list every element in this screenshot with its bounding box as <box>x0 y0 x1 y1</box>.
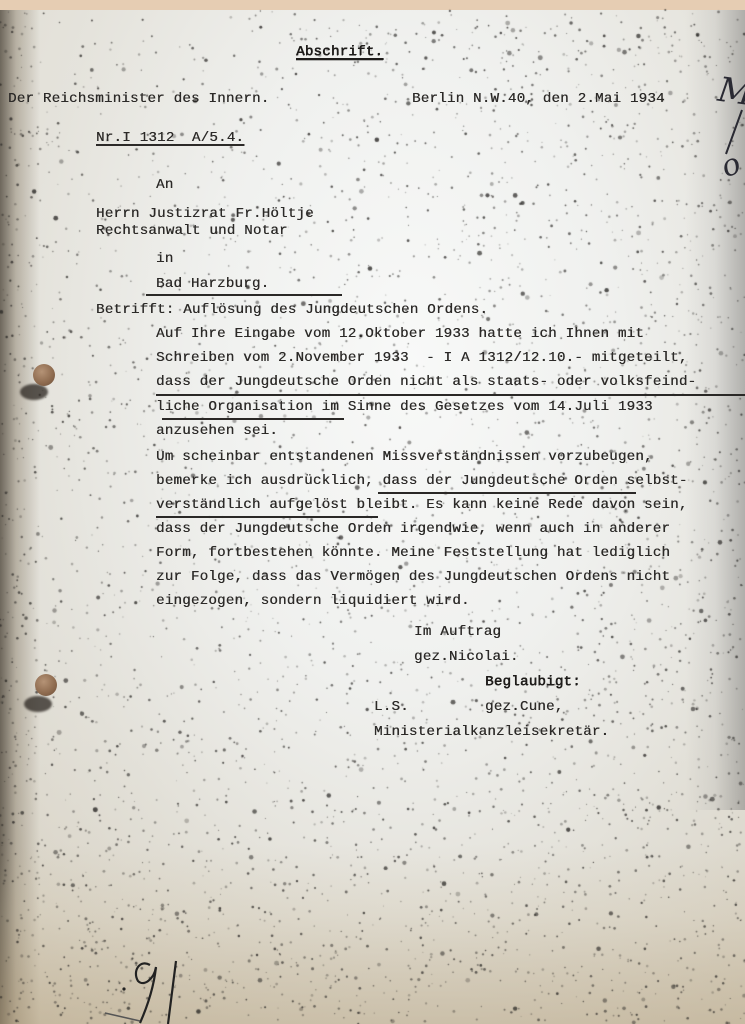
subject-line: Betrifft: Auflösung des Jungdeutschen Or… <box>96 302 488 318</box>
city-underline <box>146 294 342 296</box>
reference-number: Nr.I 1312 A/5.4. <box>96 130 244 146</box>
body-line: Form, fortbestehen könnte. Meine Festste… <box>156 545 670 561</box>
punch-hole-shadow <box>24 696 52 712</box>
body-underline <box>156 516 378 518</box>
recipient-name: Herrn Justizrat Fr.Höltje <box>96 206 314 222</box>
recipient-in: in <box>156 251 173 267</box>
closing-seal: L.S. <box>374 699 409 715</box>
closing-certifier-title: Ministerialkanzleisekretär. <box>374 724 609 740</box>
body-line: dass der Jungdeutsche Orden irgendwie, w… <box>156 521 670 537</box>
body-line: Auf Ihre Eingabe vom 12.Oktober 1933 hat… <box>156 326 644 342</box>
body-underline <box>378 492 636 494</box>
punch-hole-shadow <box>20 384 48 400</box>
recipient-an: An <box>156 177 173 193</box>
recipient-city: Bad Harzburg. <box>156 276 269 292</box>
punch-hole-top <box>33 364 55 386</box>
body-line: dass der Jungdeutsche Orden nicht als st… <box>156 374 696 390</box>
punch-hole-bottom <box>35 674 57 696</box>
body-line: anzusehen sei. <box>156 423 278 439</box>
closing-signed-by: gez.Nicolai. <box>414 649 519 665</box>
handwritten-page-number-91 <box>100 955 190 1024</box>
place-date-line: Berlin N.W.40, den 2.Mai 1934 <box>412 91 665 107</box>
body-line: verständlich aufgelöst bleibt. Es kann k… <box>156 497 688 513</box>
body-line: liche Organisation im Sinne des Gesetzes… <box>156 399 653 415</box>
body-underline <box>162 418 344 420</box>
body-line: eingezogen, sondern liquidiert wird. <box>156 593 470 609</box>
body-line: Um scheinbar entstandenen Missverständni… <box>156 449 653 465</box>
body-line: Schreiben vom 2.November 1933 - I A 1312… <box>156 350 688 366</box>
recipient-title: Rechtsanwalt und Notar <box>96 223 288 239</box>
sender-line: Der Reichsminister des Innern. <box>8 91 269 107</box>
body-line: zur Folge, dass das Vermögen des Jungdeu… <box>156 569 670 585</box>
document-heading: Abschrift. <box>296 44 383 60</box>
closing-certified: Beglaubigt: <box>485 674 581 690</box>
closing-im-auftrag: Im Auftrag <box>414 624 501 640</box>
closing-certified-by: gez.Cune, <box>485 699 563 715</box>
body-underline <box>156 394 745 396</box>
body-line: bemerke ich ausdrücklich, dass der Jungd… <box>156 473 688 489</box>
